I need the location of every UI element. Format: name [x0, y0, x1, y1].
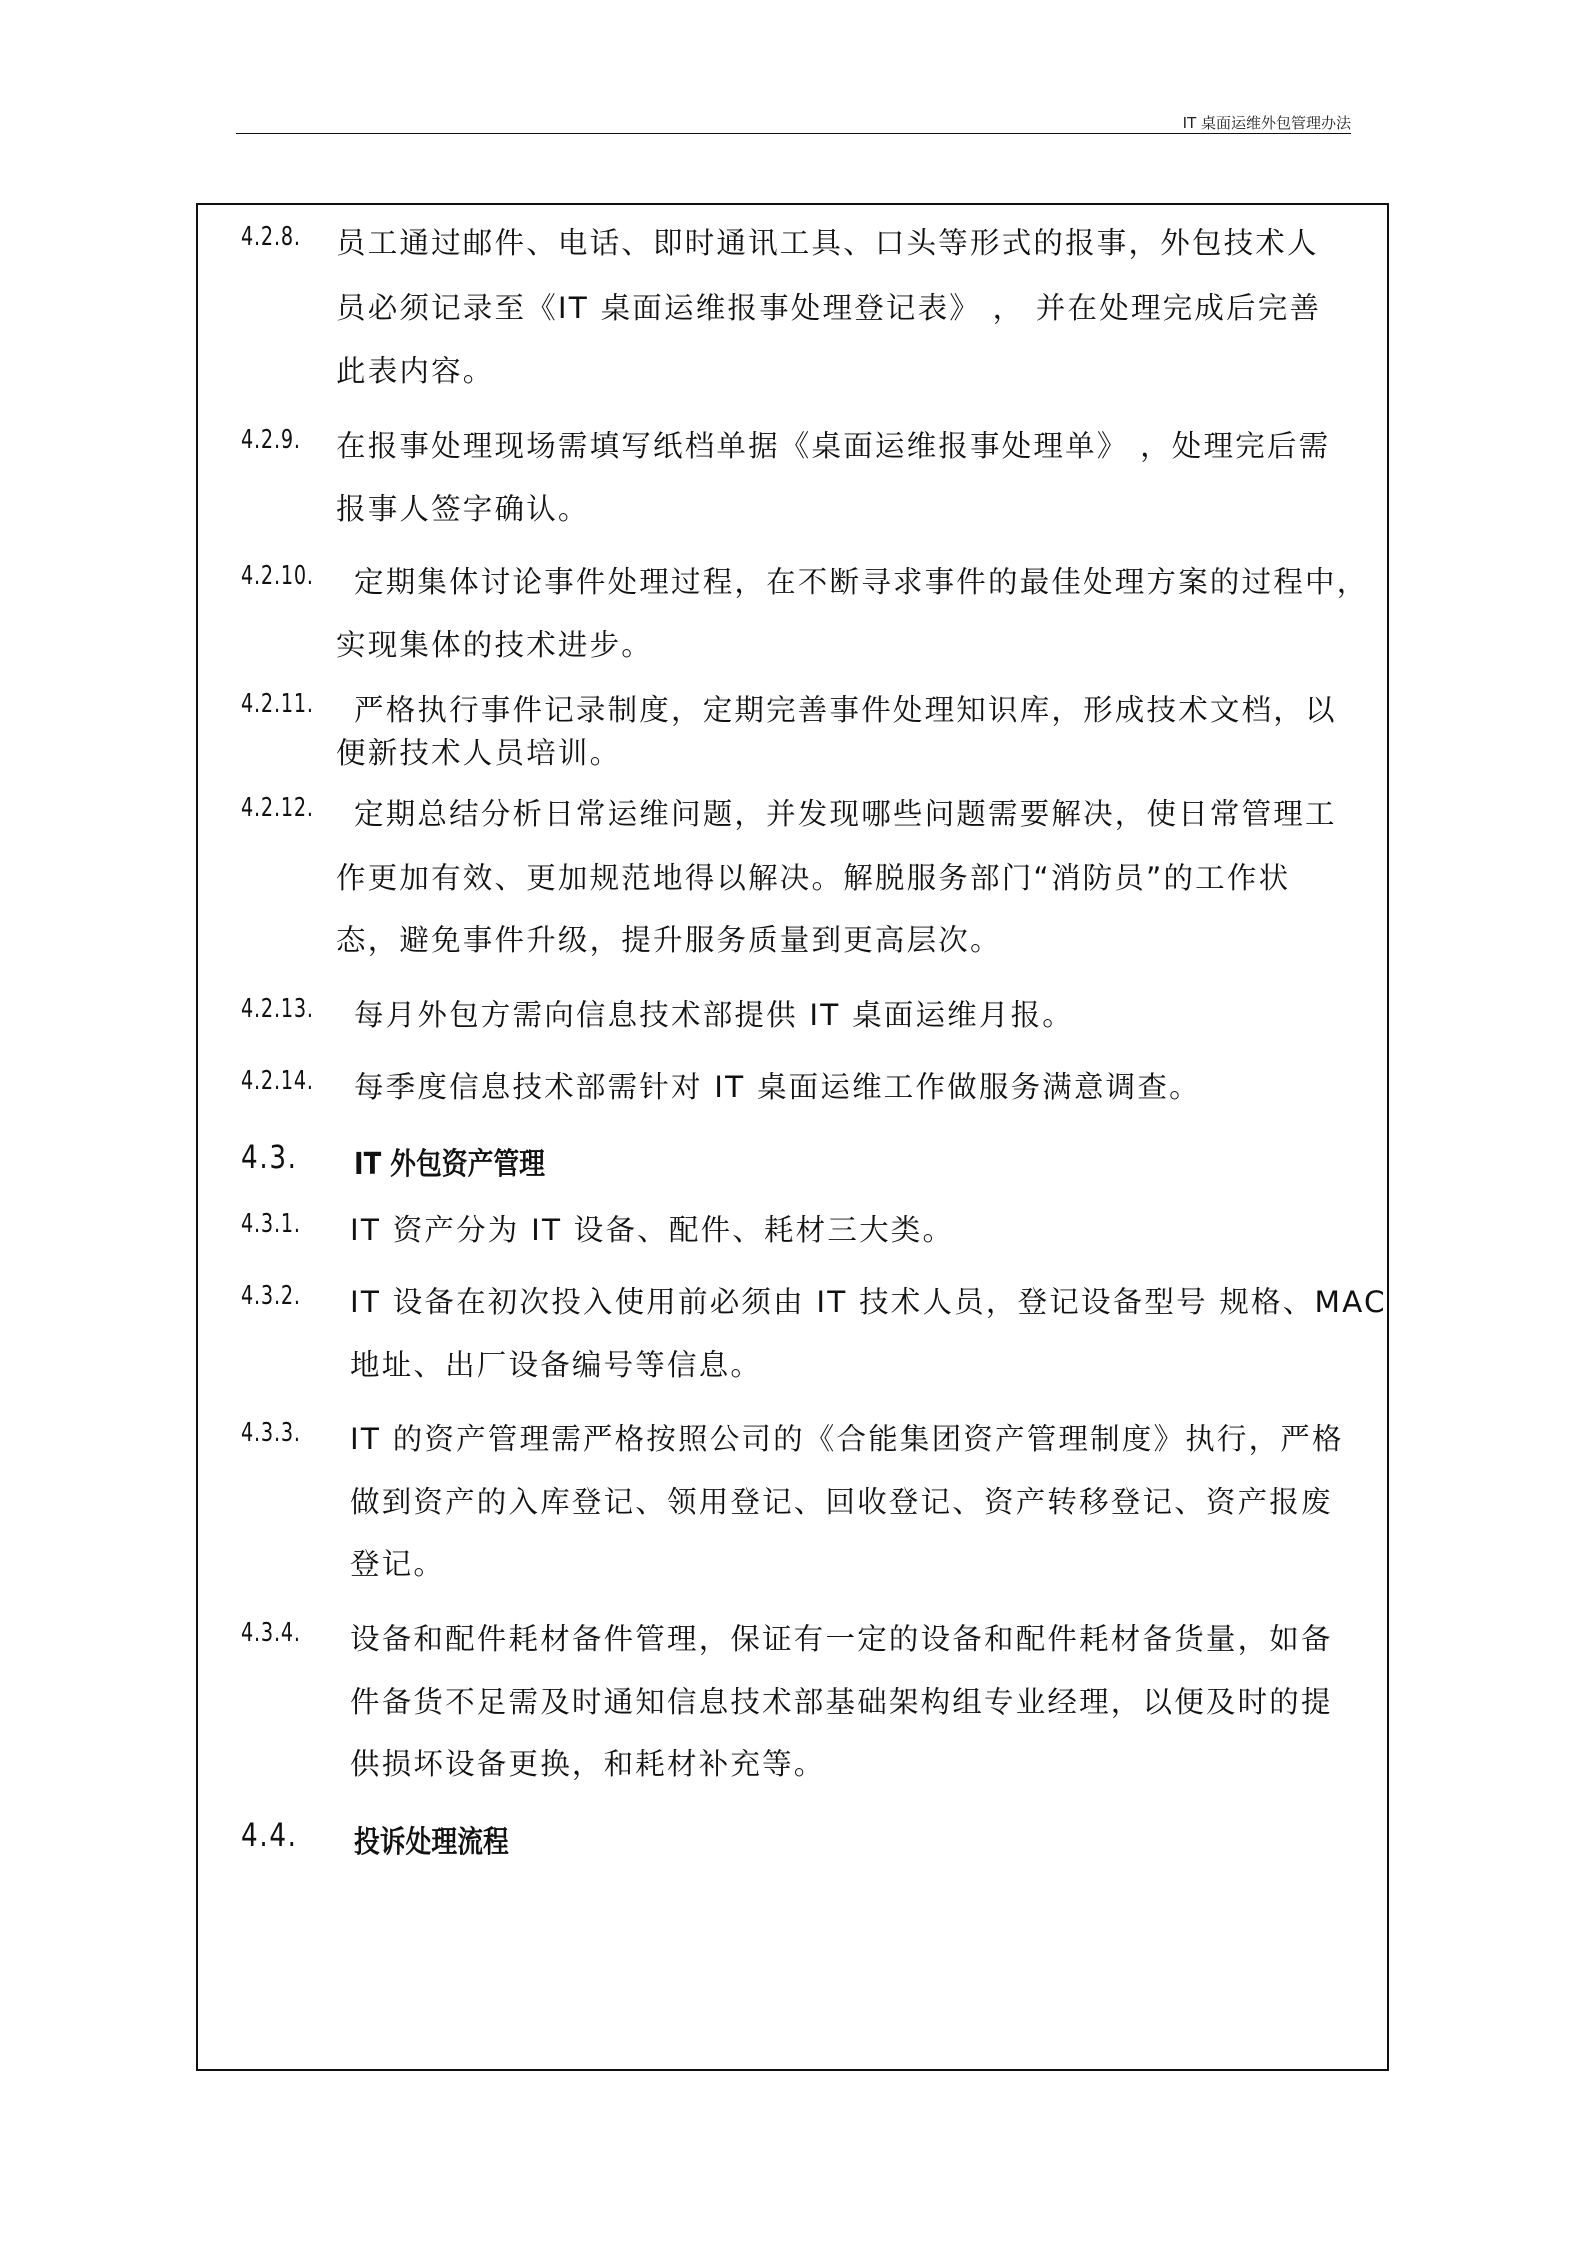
- item-text: 实现集体的技术进步。: [336, 622, 653, 664]
- item-number: 4.2.13.: [241, 994, 314, 1024]
- item-text: 登记。: [350, 1541, 445, 1583]
- item-text: 件备货不足需及时通知信息技术部基础架构组专业经理，以便及时的提: [350, 1679, 1333, 1721]
- item-text: 作更加有效、更加规范地得以解决。解脱服务部门“消防员”的工作状: [336, 855, 1290, 897]
- item-text: 严格执行事件记录制度，定期完善事件处理知识库，形成技术文档，以: [354, 687, 1337, 729]
- item-text: IT 的资产管理需严格按照公司的《合能集团资产管理制度》执行，严格: [350, 1416, 1344, 1458]
- item-number: 4.2.11.: [241, 689, 314, 719]
- section-number: 4.4.: [241, 1816, 298, 1854]
- item-text: 地址、出厂设备编号等信息。: [350, 1342, 762, 1384]
- item-number: 4.3.3.: [241, 1418, 301, 1448]
- item-text: 在报事处理现场需填写纸档单据《桌面运维报事处理单》 ，处理完后需: [336, 423, 1330, 465]
- item-number: 4.2.12.: [241, 793, 314, 823]
- item-text: 做到资产的入库登记、领用登记、回收登记、资产转移登记、资产报废: [350, 1479, 1333, 1521]
- item-text: 报事人签字确认。: [336, 486, 590, 528]
- item-text: 员必须记录至《IT 桌面运维报事处理登记表》 ， 并在处理完成后完善: [336, 285, 1321, 327]
- item-text: 便新技术人员培训。: [336, 730, 621, 772]
- item-text: 供损坏设备更换，和耗材补充等。: [350, 1741, 826, 1783]
- content-frame: [196, 203, 1389, 2071]
- document-title: IT 桌面运维外包管理办法: [1100, 112, 1351, 133]
- item-text: 定期集体讨论事件处理过程，在不断寻求事件的最佳处理方案的过程中，: [354, 559, 1368, 601]
- item-number: 4.2.9.: [241, 425, 301, 455]
- item-text: 态，避免事件升级，提升服务质量到更高层次。: [336, 917, 1002, 959]
- item-number: 4.2.10.: [241, 561, 314, 591]
- item-text: 设备和配件耗材备件管理，保证有一定的设备和配件耗材备货量，如备: [350, 1616, 1333, 1658]
- item-text: 定期总结分析日常运维问题，并发现哪些问题需要解决，使日常管理工: [354, 791, 1337, 833]
- item-text: 每季度信息技术部需针对 IT 桌面运维工作做服务满意调查。: [354, 1064, 1201, 1106]
- item-text: 员工通过邮件、电话、即时通讯工具、口头等形式的报事，外包技术人: [336, 220, 1319, 262]
- item-number: 4.3.2.: [241, 1281, 301, 1311]
- item-number: 4.3.1.: [241, 1209, 301, 1239]
- section-number: 4.3.: [241, 1138, 298, 1176]
- item-number: 4.2.8.: [241, 222, 301, 252]
- item-text: 每月外包方需向信息技术部提供 IT 桌面运维月报。: [354, 992, 1074, 1034]
- item-number: 4.3.4.: [241, 1618, 301, 1648]
- item-text: IT 设备在初次投入使用前必须由 IT 技术人员，登记设备型号 规格、MAC: [350, 1279, 1387, 1321]
- item-text: IT 资产分为 IT 设备、配件、耗材三大类。: [350, 1207, 954, 1249]
- item-number: 4.2.14.: [241, 1066, 314, 1096]
- item-text: 此表内容。: [336, 348, 495, 390]
- header-divider: [236, 133, 1351, 134]
- section-title: 投诉处理流程: [354, 1817, 509, 1861]
- section-title: IT 外包资产管理: [354, 1139, 545, 1183]
